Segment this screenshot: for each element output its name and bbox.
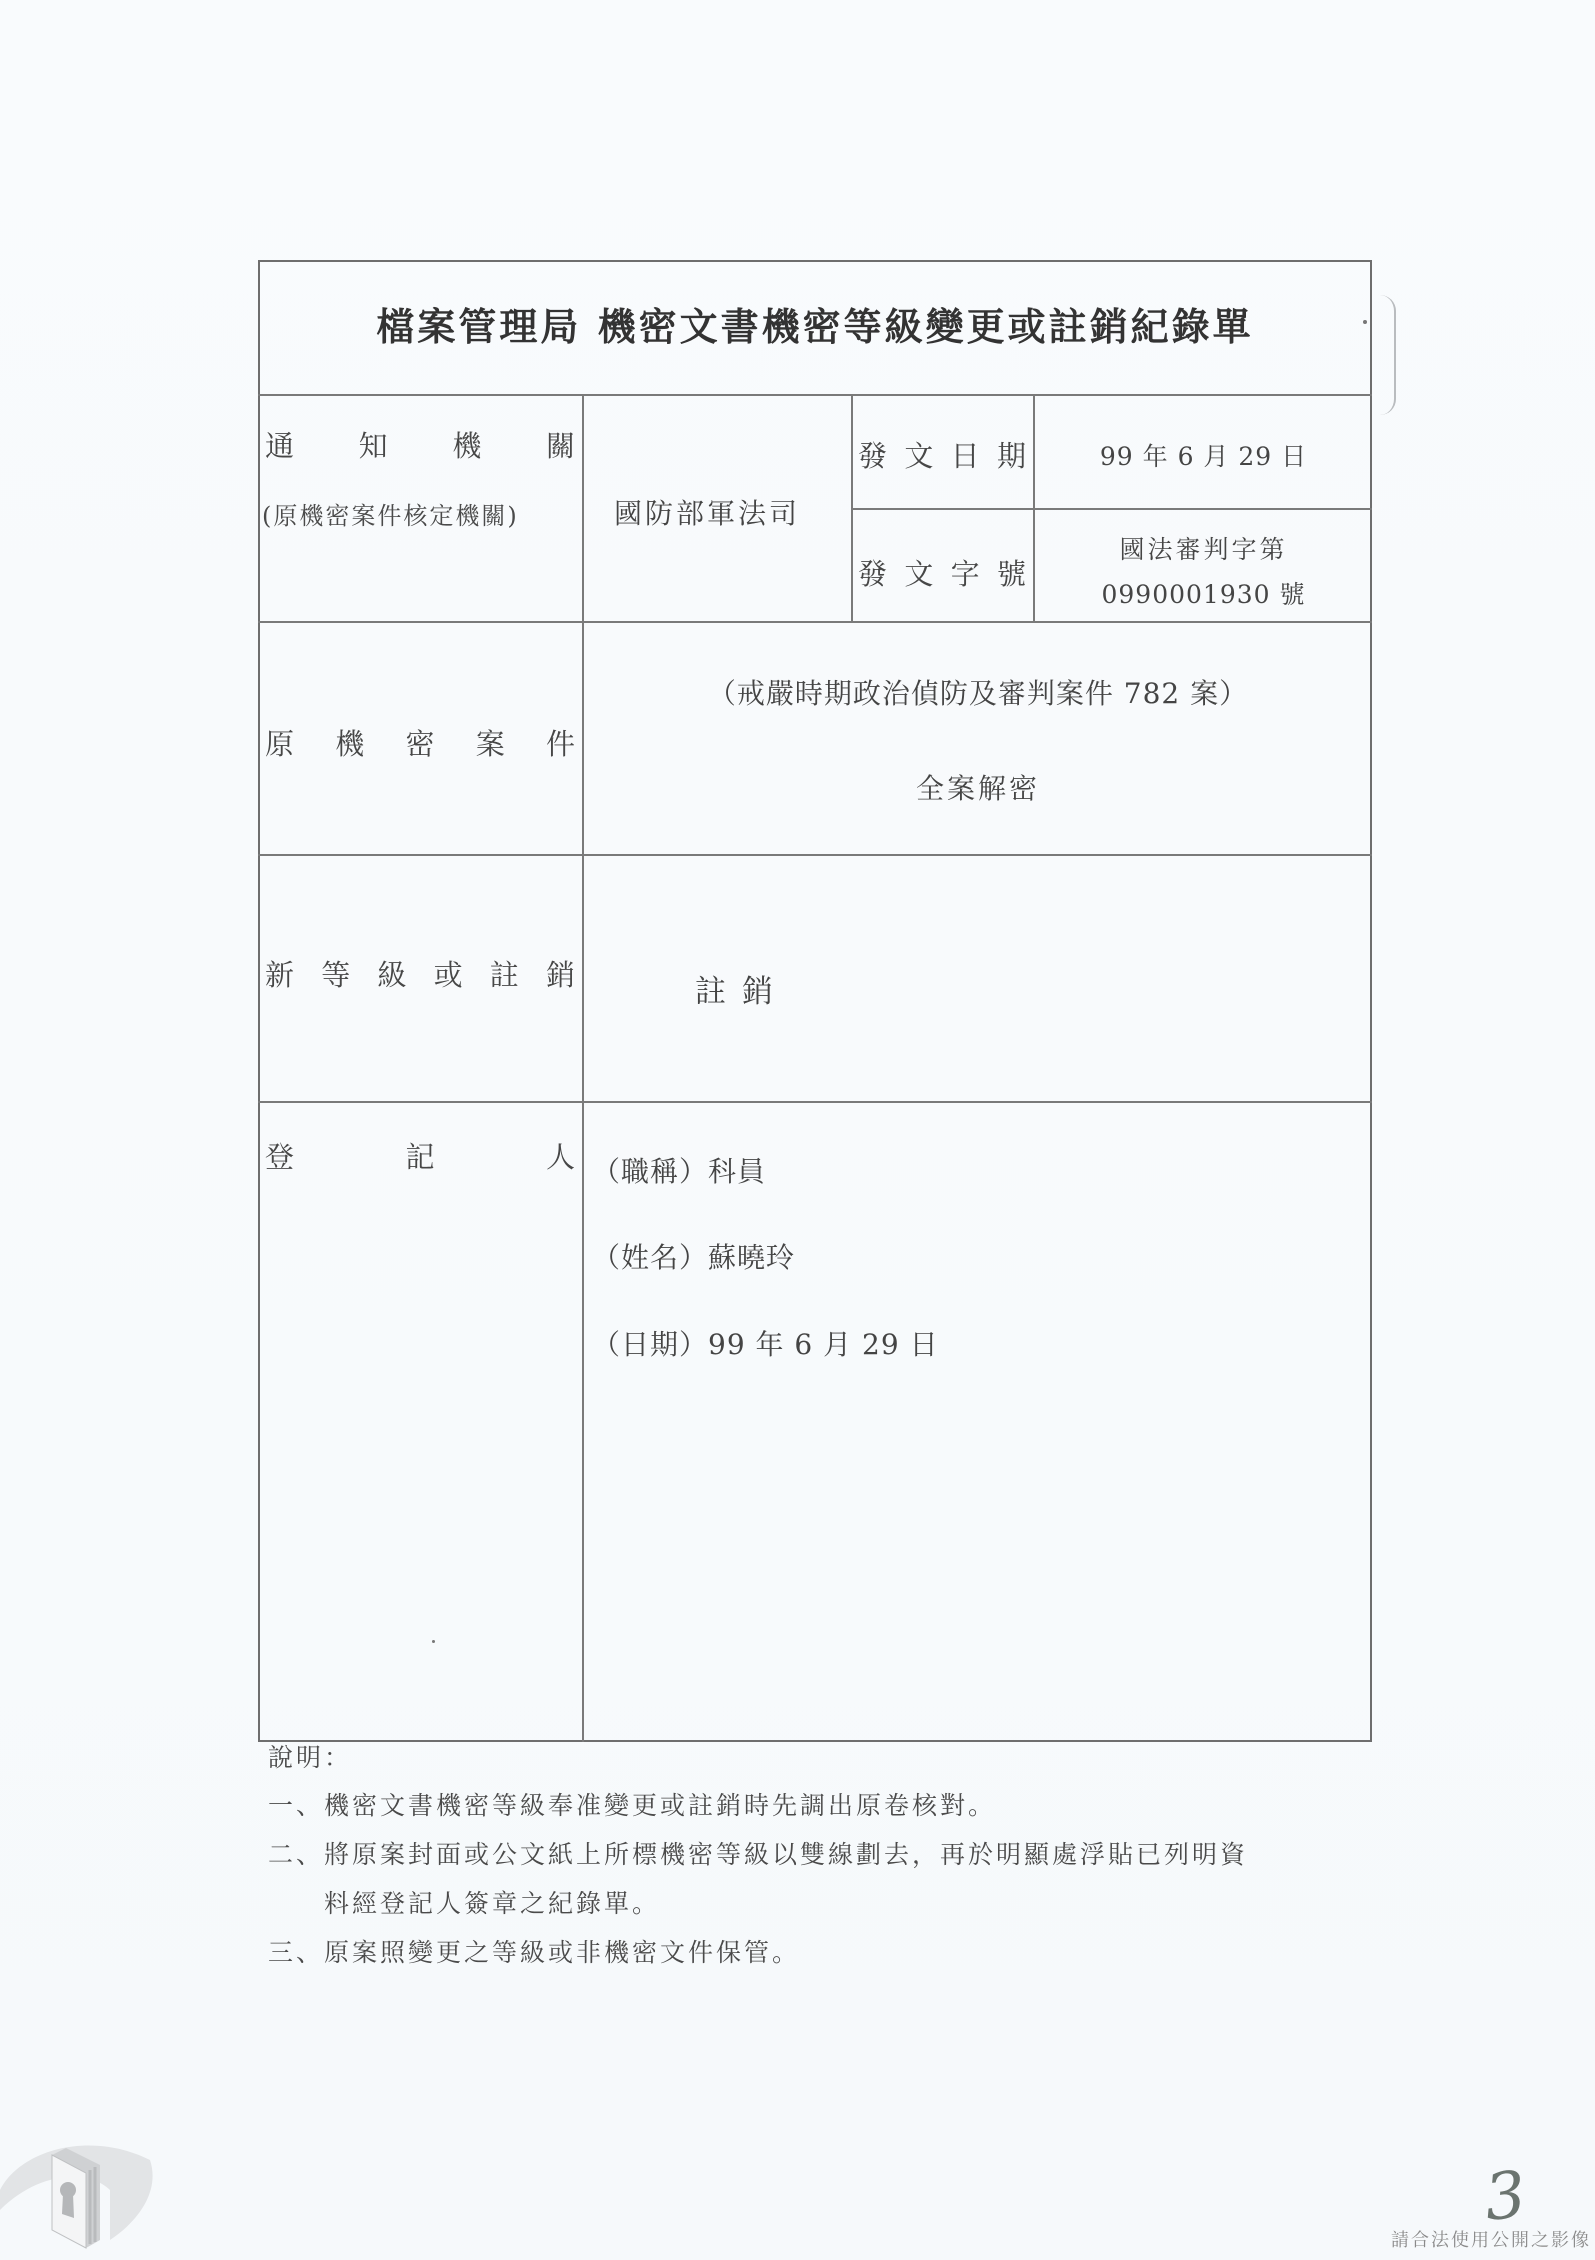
notifying-agency-sublabel: (原機密案件核定機關) — [262, 496, 519, 531]
note-item: 一、機密文書機密等級奉准變更或註銷時先調出原卷核對。 — [268, 1793, 996, 1818]
original-case-label: 原 機 密 案 件 — [265, 722, 575, 763]
divider — [582, 394, 584, 1742]
usage-watermark: 請合法使用公開之影像 — [1391, 2226, 1591, 2252]
registrar-title: （職稱）科員 — [592, 1150, 766, 1190]
issue-number-line2: 0990001930 號 — [1035, 575, 1372, 611]
divider — [852, 508, 1372, 510]
note-item: 二、將原案封面或公文紙上所標機密等級以雙線劃去，再於明顯處浮貼已列明資 — [268, 1842, 1248, 1867]
new-level-value: 註 銷 — [695, 966, 776, 1011]
scanned-page: 檔案管理局 機密文書機密等級變更或註銷紀錄單 通 知 機 關 (原機密案件核定機… — [0, 0, 1595, 2260]
note-item: 三、原案照變更之等級或非機密文件保管。 — [268, 1940, 800, 1965]
record-table — [258, 260, 1372, 1742]
issue-date-label: 發 文 日 期 — [858, 434, 1026, 475]
notes-heading: 說明： — [268, 1745, 352, 1770]
notifying-agency-value: 國防部軍法司 — [614, 492, 800, 532]
issue-date-value: 99 年 6 月 29 日 — [1035, 437, 1372, 473]
issue-number-label: 發 文 字 號 — [858, 552, 1026, 593]
original-case-status: 全案解密 — [584, 767, 1372, 807]
new-level-label: 新 等 級 或 註 銷 — [265, 953, 575, 994]
divider — [258, 621, 1372, 623]
notifying-agency-label: 通 知 機 關 — [265, 424, 575, 465]
registrar-label: 登 記 人 — [265, 1135, 575, 1176]
original-case-description: （戒嚴時期政治偵防及審判案件 782 案） — [584, 672, 1372, 712]
divider — [258, 1101, 1372, 1103]
divider — [258, 854, 1372, 856]
scan-speck — [432, 1640, 435, 1643]
scan-artifact — [1380, 295, 1396, 415]
handwritten-page-number: 3 — [1481, 2158, 1529, 2236]
registrar-name: （姓名）蘇曉玲 — [592, 1236, 795, 1276]
issue-number-line1: 國法審判字第 — [1035, 530, 1372, 566]
divider — [258, 394, 1372, 396]
scan-speck — [1363, 320, 1367, 324]
note-item: 料經登記人簽章之紀錄單。 — [268, 1891, 660, 1916]
divider — [851, 394, 853, 622]
archive-keyhole-logo-icon — [0, 2130, 160, 2250]
registrar-date: （日期）99 年 6 月 29 日 — [592, 1323, 939, 1363]
form-title: 檔案管理局 機密文書機密等級變更或註銷紀錄單 — [258, 296, 1372, 351]
